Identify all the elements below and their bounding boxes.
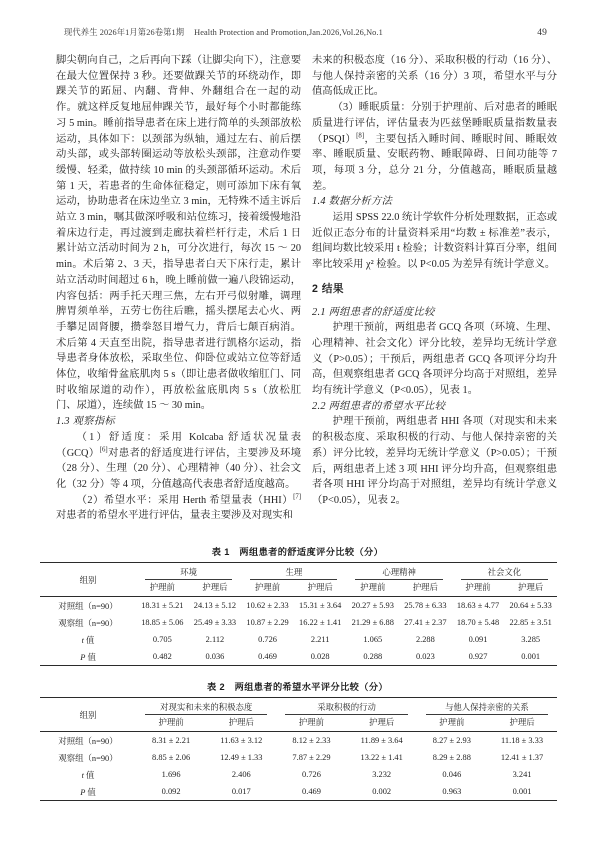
reference-marker: [8] (356, 132, 364, 139)
subheader-pre: 护理前 (346, 580, 399, 597)
paragraph-sleep-quality: （3）睡眠质量：分别于护理前、后对患者的睡眠质量进行评估，评估量表为匹兹堡睡眠质… (312, 100, 557, 194)
section-heading-observe-indicators: 1.3 观察指标 (56, 414, 301, 430)
table-cell: 0.046 (417, 766, 487, 783)
table-cell: 0.023 (399, 648, 452, 666)
subheader-pre: 护理前 (136, 580, 189, 597)
table-cell: 11.18 ± 3.33 (487, 732, 557, 750)
section-heading-comfort-comparison: 2.1 两组患者的舒适度比较 (312, 305, 557, 321)
subheader-post: 护理后 (206, 715, 276, 732)
column-group-relationship: 与他人保持亲密的关系 (417, 698, 557, 716)
table2-caption: 表 2 两组患者的希望水平评分比较（分） (0, 679, 595, 693)
table-cell: 0.469 (241, 648, 294, 666)
left-column: 脚尖朝向自己，之后再向下踩（让脚尖向下），注意要在最大位置保持 3 秒。还要做踝… (56, 53, 301, 531)
table-cell: 0.091 (452, 631, 505, 648)
table-cell: 0.092 (136, 783, 206, 801)
subheader-pre: 护理前 (276, 715, 346, 732)
table-group-header-row: 组别 环境 生理 心理精神 社会文化 (40, 563, 557, 581)
table-cell: 2.288 (399, 631, 452, 648)
column-group-socioculture: 社会文化 (452, 563, 557, 581)
table-cell: 18.63 ± 4.77 (452, 597, 505, 615)
subheader-post: 护理后 (347, 715, 417, 732)
table-cell: 0.036 (189, 648, 242, 666)
table-cell: 27.41 ± 2.37 (399, 614, 452, 631)
table-cell: 8.27 ± 2.93 (417, 732, 487, 750)
subheader-pre: 护理前 (241, 580, 294, 597)
table-cell: 1.696 (136, 766, 206, 783)
subheader-pre: 护理前 (417, 715, 487, 732)
page-number: 49 (537, 28, 547, 38)
table-cell: 3.241 (487, 766, 557, 783)
table-cell: 18.31 ± 5.21 (136, 597, 189, 615)
table-cell: 20.64 ± 5.33 (504, 597, 557, 615)
column-header-group: 组别 (40, 563, 136, 597)
section-heading-results: 2 结果 (312, 282, 557, 298)
row-label: P 值 (40, 648, 136, 666)
column-group-physiology: 生理 (241, 563, 346, 581)
hope-score-table: 组别 对现实和未来的积极态度 采取积极的行动 与他人保持亲密的关系 护理前 护理… (40, 697, 557, 801)
table-cell: 0.288 (346, 648, 399, 666)
table-cell: 0.001 (504, 648, 557, 666)
column-header-group: 组别 (40, 698, 136, 732)
table-cell: 25.49 ± 3.33 (189, 614, 242, 631)
table-cell: 18.85 ± 5.06 (136, 614, 189, 631)
journal-header: 现代养生 2026年1月第26卷第1期 Health Protection an… (64, 26, 555, 38)
table-cell: 3.285 (504, 631, 557, 648)
table-cell: 15.31 ± 3.64 (294, 597, 347, 615)
table-cell: 25.78 ± 6.33 (399, 597, 452, 615)
table-cell: 22.85 ± 3.51 (504, 614, 557, 631)
table-cell: 0.017 (206, 783, 276, 801)
table-row-observation-group: 观察组（n=90） 18.85 ± 5.06 25.49 ± 3.33 10.8… (40, 614, 557, 631)
row-label: t 值 (40, 631, 136, 648)
subheader-pre: 护理前 (136, 715, 206, 732)
table-cell: 1.065 (346, 631, 399, 648)
section-heading-hope-comparison: 2.2 两组患者的希望水平比较 (312, 399, 557, 415)
table-cell: 10.62 ± 2.33 (241, 597, 294, 615)
table-cell: 8.85 ± 2.06 (136, 749, 206, 766)
table-group-header-row: 组别 对现实和未来的积极态度 采取积极的行动 与他人保持亲密的关系 (40, 698, 557, 716)
paper-page: 现代养生 2026年1月第26卷第1期 Health Protection an… (0, 0, 595, 842)
table-row-observation-group: 观察组（n=90） 8.85 ± 2.06 12.49 ± 1.33 7.87 … (40, 749, 557, 766)
table-cell: 0.482 (136, 648, 189, 666)
table-cell: 8.12 ± 2.33 (276, 732, 346, 750)
paragraph-text: （2）希望水平：采用 Herth 希望量表（HHI） (77, 495, 293, 506)
table-cell: 2.406 (206, 766, 276, 783)
table-cell: 8.31 ± 2.21 (136, 732, 206, 750)
table-cell: 11.89 ± 3.64 (347, 732, 417, 750)
column-group-environment: 环境 (136, 563, 241, 581)
table-cell: 0.963 (417, 783, 487, 801)
table-cell: 0.726 (241, 631, 294, 648)
table-cell: 0.002 (347, 783, 417, 801)
paragraph-text: 对患者的希望水平进行评估，量表主要涉及对现实和 (56, 510, 293, 521)
table-cell: 7.87 ± 2.29 (276, 749, 346, 766)
table-cell: 20.27 ± 5.93 (346, 597, 399, 615)
table-cell: 3.232 (347, 766, 417, 783)
table-row-control-group: 对照组（n=90） 18.31 ± 5.21 24.13 ± 5.12 10.6… (40, 597, 557, 615)
column-group-action: 采取积极的行动 (276, 698, 416, 716)
table-cell: 11.63 ± 3.12 (206, 732, 276, 750)
table-cell: 16.22 ± 1.41 (294, 614, 347, 631)
table-cell: 0.705 (136, 631, 189, 648)
paragraph-hope-scale: （2）希望水平：采用 Herth 希望量表（HHI）[7]对患者的希望水平进行评… (56, 493, 301, 524)
table-cell: 0.028 (294, 648, 347, 666)
row-label: 对照组（n=90） (40, 597, 136, 615)
section-heading-data-analysis: 1.4 数据分析方法 (312, 194, 557, 210)
table-cell: 12.41 ± 1.37 (487, 749, 557, 766)
table-cell: 0.726 (276, 766, 346, 783)
table-cell: 8.29 ± 2.88 (417, 749, 487, 766)
row-label: 观察组（n=90） (40, 614, 136, 631)
journal-title-en: Health Protection and Promotion,Jan.2026… (194, 28, 383, 37)
paragraph-comfort-comparison: 护理干预前，两组患者 GCQ 各项（环境、生理、心理精神、社会文化）评分比较，差… (312, 320, 557, 399)
paragraph-data-analysis: 运用 SPSS 22.0 统计学软件分析处理数据，正态或近似正态分布的计量资料采… (312, 210, 557, 273)
row-label: 观察组（n=90） (40, 749, 136, 766)
column-group-psychology: 心理精神 (346, 563, 451, 581)
table-cell: 18.70 ± 5.48 (452, 614, 505, 631)
table-row-p-value: P 值 0.482 0.036 0.469 0.028 0.288 0.023 … (40, 648, 557, 666)
subheader-post: 护理后 (399, 580, 452, 597)
table-cell: 0.469 (276, 783, 346, 801)
table1-caption: 表 1 两组患者的舒适度评分比较（分） (0, 544, 595, 558)
table-row-t-value: t 值 0.705 2.112 0.726 2.211 1.065 2.288 … (40, 631, 557, 648)
table-row-p-value: P 值 0.092 0.017 0.469 0.002 0.963 0.001 (40, 783, 557, 801)
table-cell: 13.22 ± 1.41 (347, 749, 417, 766)
column-group-attitude: 对现实和未来的积极态度 (136, 698, 276, 716)
table-row-control-group: 对照组（n=90） 8.31 ± 2.21 11.63 ± 3.12 8.12 … (40, 732, 557, 750)
table-cell: 0.927 (452, 648, 505, 666)
paragraph-comfort-scale: （1）舒适度：采用 Kolcaba 舒适状况量表（GCQ）[6]对患者的舒适度进… (56, 430, 301, 493)
table-row-t-value: t 值 1.696 2.406 0.726 3.232 0.046 3.241 (40, 766, 557, 783)
table-cell: 0.001 (487, 783, 557, 801)
table-cell: 12.49 ± 1.33 (206, 749, 276, 766)
table-cell: 10.87 ± 2.29 (241, 614, 294, 631)
reference-marker: [6] (100, 446, 108, 453)
table-cell: 2.211 (294, 631, 347, 648)
reference-marker: [7] (293, 493, 301, 500)
subheader-post: 护理后 (294, 580, 347, 597)
paragraph-hope-scale-continuation: 未来的积极态度（16 分）、采取积极的行动（16 分）、与他人保持亲密的关系（1… (312, 53, 557, 100)
row-label: t 值 (40, 766, 136, 783)
row-label: 对照组（n=90） (40, 732, 136, 750)
subheader-post: 护理后 (504, 580, 557, 597)
paragraph-hope-comparison: 护理干预前，两组患者 HHI 各项（对现实和未来的积极态度、采取积极的行动、与他… (312, 414, 557, 508)
comfort-score-table: 组别 环境 生理 心理精神 社会文化 护理前 护理后 护理前 护理后 护理前 护… (40, 562, 557, 666)
subheader-pre: 护理前 (452, 580, 505, 597)
paragraph-exercise-continuation: 脚尖朝向自己，之后再向下踩（让脚尖向下），注意要在最大位置保持 3 秒。还要做踝… (56, 53, 301, 414)
right-column: 未来的积极态度（16 分）、采取积极的行动（16 分）、与他人保持亲密的关系（1… (312, 53, 557, 531)
body-columns: 脚尖朝向自己，之后再向下踩（让脚尖向下），注意要在最大位置保持 3 秒。还要做踝… (56, 53, 557, 531)
subheader-post: 护理后 (487, 715, 557, 732)
journal-title-cn: 现代养生 2026年1月第26卷第1期 (64, 26, 184, 38)
table-cell: 24.13 ± 5.12 (189, 597, 242, 615)
table-cell: 21.29 ± 6.88 (346, 614, 399, 631)
table-cell: 2.112 (189, 631, 242, 648)
row-label: P 值 (40, 783, 136, 801)
subheader-post: 护理后 (189, 580, 242, 597)
